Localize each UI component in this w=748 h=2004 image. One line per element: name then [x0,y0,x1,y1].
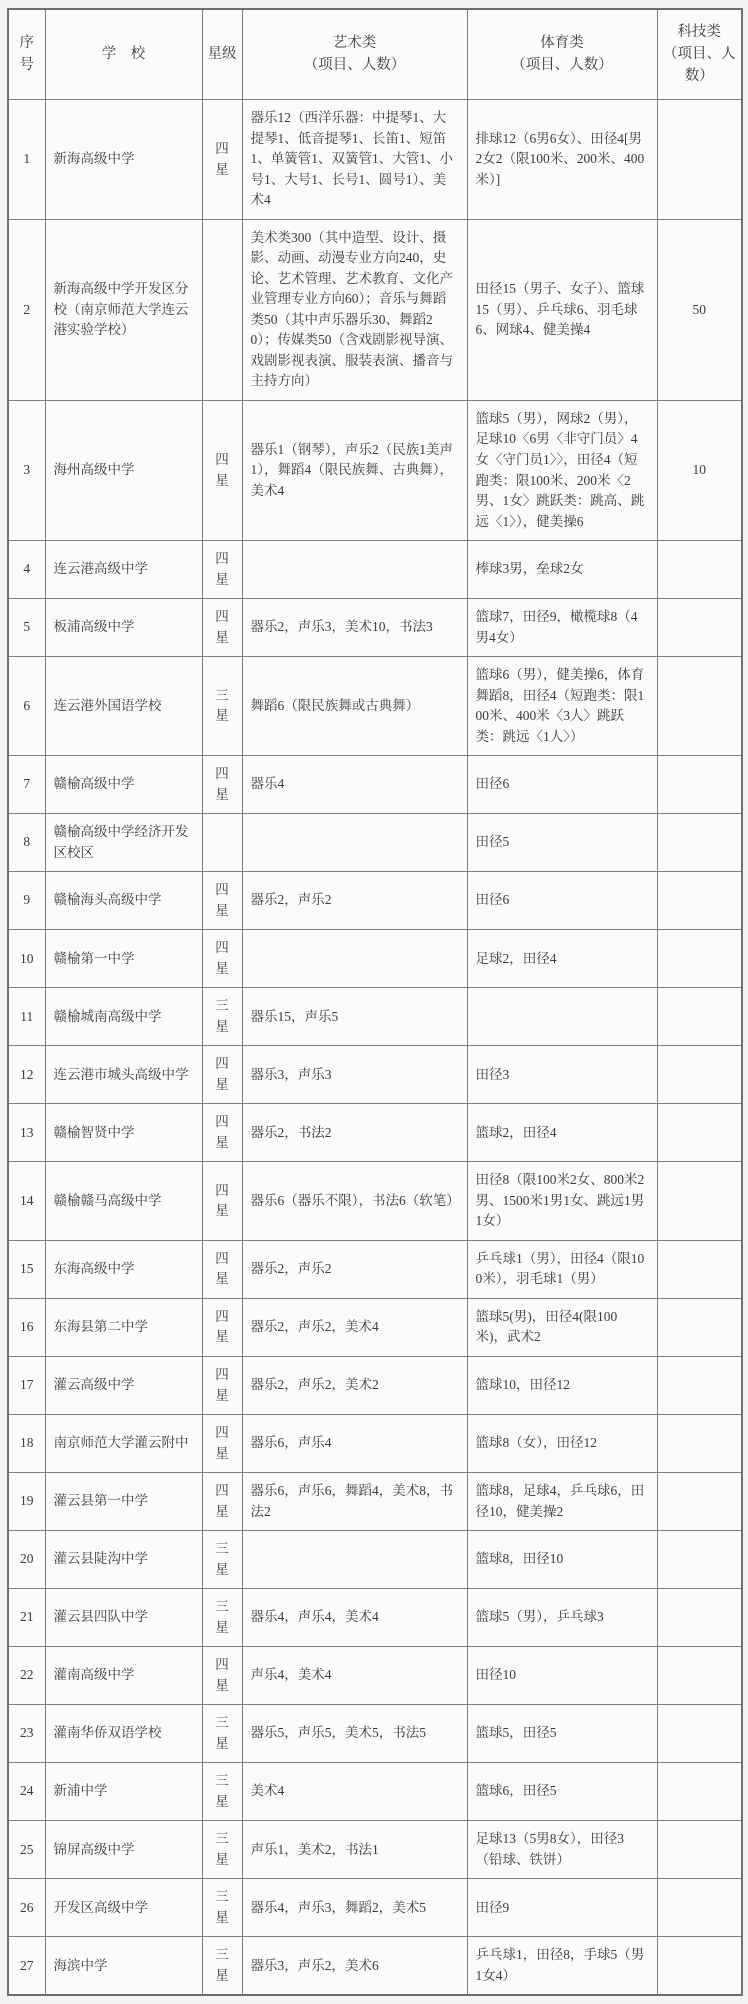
school-name-cell: 赣榆赣马高级中学 [45,1162,202,1241]
school-name-cell: 新海高级中学开发区分校（南京师范大学连云港实验学校） [45,219,202,400]
star-level-cell: 四星 [202,930,242,988]
art-category-cell: 器乐4，声乐3，舞蹈2，美术5 [242,1879,467,1937]
star-level-cell: 四星 [202,1298,242,1356]
sport-category-cell: 田径3 [467,1046,657,1104]
star-level-cell: 四星 [202,1162,242,1241]
star-level-cell [202,814,242,872]
school-name-cell: 海州高级中学 [45,400,202,540]
sport-category-cell: 田径6 [467,872,657,930]
row-number-cell: 8 [8,814,45,872]
star-level-cell: 四星 [202,100,242,220]
star-level-cell: 三星 [202,1879,242,1937]
table-row: 27 海滨中学 三星 器乐3，声乐2，美术6 乒乓球1，田径8，手球5（男1女4… [8,1937,742,1996]
star-level-cell: 三星 [202,657,242,756]
sport-category-cell: 篮球8，田径10 [467,1531,657,1589]
tech-category-cell [657,541,742,599]
table-row: 22 灌南高级中学 四星 声乐4，美术4 田径10 [8,1647,742,1705]
art-category-cell: 器乐15，声乐5 [242,988,467,1046]
tech-category-cell [657,1415,742,1473]
tech-category-cell [657,1879,742,1937]
tech-category-cell [657,599,742,657]
row-number-cell: 17 [8,1357,45,1415]
star-level-cell: 四星 [202,1104,242,1162]
row-number-cell: 6 [8,657,45,756]
document-page: 序号 学 校 星级 艺术类 （项目、人数） 体育类 （项目、人数） 科技类 （项… [0,0,748,2004]
art-category-cell: 器乐2，声乐2 [242,872,467,930]
school-name-cell: 连云港市城头高级中学 [45,1046,202,1104]
sport-category-cell: 篮球8（女），田径12 [467,1415,657,1473]
tech-category-cell [657,1705,742,1763]
tech-category-cell [657,988,742,1046]
table-row: 24 新浦中学 三星 美术4 篮球6，田径5 [8,1763,742,1821]
row-number-cell: 18 [8,1415,45,1473]
tech-category-cell [657,814,742,872]
header-art: 艺术类 （项目、人数） [242,9,467,100]
sport-category-cell: 田径9 [467,1879,657,1937]
sport-category-cell: 篮球6，田径5 [467,1763,657,1821]
star-level-cell: 三星 [202,1589,242,1647]
star-level-cell: 四星 [202,1647,242,1705]
sport-category-cell [467,988,657,1046]
row-number-cell: 16 [8,1298,45,1356]
table-row: 6 连云港外国语学校 三星 舞蹈6（限民族舞或古典舞） 篮球6（男），健美操6，… [8,657,742,756]
art-category-cell: 器乐3，声乐3 [242,1046,467,1104]
star-level-cell: 四星 [202,541,242,599]
art-category-cell [242,541,467,599]
row-number-cell: 11 [8,988,45,1046]
school-name-cell: 新浦中学 [45,1763,202,1821]
school-name-cell: 赣榆海头高级中学 [45,872,202,930]
table-row: 16 东海县第二中学 四星 器乐2，声乐2，美术4 篮球5(男)，田径4(限10… [8,1298,742,1356]
sport-category-cell: 田径5 [467,814,657,872]
art-category-cell [242,930,467,988]
school-name-cell: 赣榆高级中学经济开发区校区 [45,814,202,872]
star-level-cell: 三星 [202,1821,242,1879]
row-number-cell: 12 [8,1046,45,1104]
art-category-cell: 器乐4，声乐4，美术4 [242,1589,467,1647]
sport-category-cell: 篮球5（男），网球2（男），足球10〈6男〈非守门员〉4女〈守门员1〉〉，田径4… [467,400,657,540]
star-level-cell: 四星 [202,1357,242,1415]
school-name-cell: 海滨中学 [45,1937,202,1996]
star-level-cell: 三星 [202,1763,242,1821]
tech-category-cell [657,1240,742,1298]
star-level-cell: 三星 [202,1705,242,1763]
art-category-cell: 器乐2，书法2 [242,1104,467,1162]
table-row: 19 灌云县第一中学 四星 器乐6，声乐6，舞蹈4，美术8，书法2 篮球8，足球… [8,1473,742,1531]
school-name-cell: 赣榆智贤中学 [45,1104,202,1162]
art-category-cell: 器乐6，声乐4 [242,1415,467,1473]
header-art-title: 艺术类 [333,35,377,51]
table-row: 3 海州高级中学 四星 器乐1（钢琴），声乐2（民族1美声1），舞蹈4（限民族舞… [8,400,742,540]
star-level-cell: 四星 [202,1046,242,1104]
star-level-cell: 四星 [202,400,242,540]
row-number-cell: 5 [8,599,45,657]
sport-category-cell: 乒乓球1，田径8，手球5（男1女4） [467,1937,657,1996]
tech-category-cell [657,100,742,220]
table-row: 7 赣榆高级中学 四星 器乐4 田径6 [8,756,742,814]
art-category-cell [242,1531,467,1589]
sport-category-cell: 篮球2，田径4 [467,1104,657,1162]
star-level-cell: 四星 [202,1415,242,1473]
art-category-cell: 美术4 [242,1763,467,1821]
row-number-cell: 14 [8,1162,45,1241]
school-name-cell: 连云港外国语学校 [45,657,202,756]
art-category-cell: 器乐5，声乐5，美术5，书法5 [242,1705,467,1763]
row-number-cell: 19 [8,1473,45,1531]
row-number-cell: 24 [8,1763,45,1821]
school-name-cell: 赣榆高级中学 [45,756,202,814]
school-name-cell: 东海高级中学 [45,1240,202,1298]
art-category-cell: 器乐12（西洋乐器：中提琴1、大提琴1、低音提琴1、长笛1、短笛1、单簧管1、双… [242,100,467,220]
sport-category-cell: 足球2，田径4 [467,930,657,988]
sport-category-cell: 篮球5，田径5 [467,1705,657,1763]
tech-category-cell [657,1647,742,1705]
header-art-sub: （项目、人数） [247,55,463,77]
row-number-cell: 10 [8,930,45,988]
header-sport: 体育类 （项目、人数） [467,9,657,100]
sport-category-cell: 篮球6（男），健美操6，体育舞蹈8，田径4（短跑类：限100米、400米〈3人〉… [467,657,657,756]
school-name-cell: 南京师范大学灌云附中 [45,1415,202,1473]
tech-category-cell [657,1357,742,1415]
star-level-cell: 四星 [202,599,242,657]
star-level-cell: 三星 [202,1531,242,1589]
star-level-cell: 四星 [202,1240,242,1298]
star-level-cell: 四星 [202,1473,242,1531]
header-no: 序号 [8,9,45,100]
table-row: 21 灌云县四队中学 三星 器乐4，声乐4，美术4 篮球5（男），乒乓球3 [8,1589,742,1647]
header-tech: 科技类 （项目、人数） [657,9,742,100]
school-name-cell: 灌云县第一中学 [45,1473,202,1531]
sport-category-cell: 篮球5(男)，田径4(限100米)，武术2 [467,1298,657,1356]
art-category-cell: 声乐4，美术4 [242,1647,467,1705]
school-name-cell: 开发区高级中学 [45,1879,202,1937]
tech-category-cell [657,1589,742,1647]
tech-category-cell [657,756,742,814]
sport-category-cell: 足球13（5男8女），田径3（铅球、铁饼） [467,1821,657,1879]
art-category-cell: 舞蹈6（限民族舞或古典舞） [242,657,467,756]
art-category-cell: 器乐1（钢琴），声乐2（民族1美声1），舞蹈4（限民族舞、古典舞），美术4 [242,400,467,540]
sport-category-cell: 乒乓球1（男），田径4（限100米），羽毛球1（男） [467,1240,657,1298]
star-level-cell: 三星 [202,1937,242,1996]
row-number-cell: 21 [8,1589,45,1647]
row-number-cell: 4 [8,541,45,599]
school-name-cell: 灌云县四队中学 [45,1589,202,1647]
school-name-cell: 灌南高级中学 [45,1647,202,1705]
table-row: 20 灌云县陡沟中学 三星 篮球8，田径10 [8,1531,742,1589]
row-number-cell: 22 [8,1647,45,1705]
table-row: 12 连云港市城头高级中学 四星 器乐3，声乐3 田径3 [8,1046,742,1104]
tech-category-cell [657,1821,742,1879]
tech-category-cell [657,1531,742,1589]
table-row: 26 开发区高级中学 三星 器乐4，声乐3，舞蹈2，美术5 田径9 [8,1879,742,1937]
row-number-cell: 2 [8,219,45,400]
row-number-cell: 20 [8,1531,45,1589]
school-name-cell: 赣榆第一中学 [45,930,202,988]
school-name-cell: 灌南华侨双语学校 [45,1705,202,1763]
table-row: 10 赣榆第一中学 四星 足球2，田径4 [8,930,742,988]
sport-category-cell: 田径6 [467,756,657,814]
table-row: 15 东海高级中学 四星 器乐2，声乐2 乒乓球1（男），田径4（限100米），… [8,1240,742,1298]
school-name-cell: 东海县第二中学 [45,1298,202,1356]
tech-category-cell [657,930,742,988]
art-category-cell: 器乐6（器乐不限），书法6（软笔） [242,1162,467,1241]
header-row: 序号 学 校 星级 艺术类 （项目、人数） 体育类 （项目、人数） 科技类 （项… [8,9,742,100]
table-row: 5 板浦高级中学 四星 器乐2，声乐3，美术10，书法3 篮球7，田径9，橄榄球… [8,599,742,657]
table-row: 2 新海高级中学开发区分校（南京师范大学连云港实验学校） 美术类300（其中造型… [8,219,742,400]
sport-category-cell: 篮球10，田径12 [467,1357,657,1415]
art-category-cell: 器乐6，声乐6，舞蹈4，美术8，书法2 [242,1473,467,1531]
header-tech-title: 科技类 [678,24,722,40]
art-category-cell: 器乐2，声乐2，美术4 [242,1298,467,1356]
row-number-cell: 7 [8,756,45,814]
art-category-cell: 器乐2，声乐2，美术2 [242,1357,467,1415]
table-row: 18 南京师范大学灌云附中 四星 器乐6，声乐4 篮球8（女），田径12 [8,1415,742,1473]
table-row: 25 锦屏高级中学 三星 声乐1，美术2，书法1 足球13（5男8女），田径3（… [8,1821,742,1879]
table-row: 13 赣榆智贤中学 四星 器乐2，书法2 篮球2，田径4 [8,1104,742,1162]
row-number-cell: 25 [8,1821,45,1879]
art-category-cell: 器乐3，声乐2，美术6 [242,1937,467,1996]
row-number-cell: 13 [8,1104,45,1162]
table-row: 11 赣榆城南高级中学 三星 器乐15，声乐5 [8,988,742,1046]
table-row: 17 灌云高级中学 四星 器乐2，声乐2，美术2 篮球10，田径12 [8,1357,742,1415]
tech-category-cell [657,1937,742,1996]
art-category-cell: 美术类300（其中造型、设计、摄影、动画、动漫专业方向240，史论、艺术管理、艺… [242,219,467,400]
star-level-cell [202,219,242,400]
row-number-cell: 1 [8,100,45,220]
header-school: 学 校 [45,9,202,100]
sport-category-cell: 田径8（限100米2女、800米2男、1500米1男1女、跳远1男1女） [467,1162,657,1241]
school-name-cell: 板浦高级中学 [45,599,202,657]
school-name-cell: 连云港高级中学 [45,541,202,599]
school-name-cell: 赣榆城南高级中学 [45,988,202,1046]
row-number-cell: 27 [8,1937,45,1996]
art-category-cell: 声乐1，美术2，书法1 [242,1821,467,1879]
art-category-cell: 器乐4 [242,756,467,814]
sport-category-cell: 田径10 [467,1647,657,1705]
sport-category-cell: 篮球7，田径9，橄榄球8（4男4女） [467,599,657,657]
star-level-cell: 四星 [202,756,242,814]
row-number-cell: 26 [8,1879,45,1937]
table-row: 9 赣榆海头高级中学 四星 器乐2，声乐2 田径6 [8,872,742,930]
art-category-cell: 器乐2，声乐3，美术10，书法3 [242,599,467,657]
tech-category-cell [657,872,742,930]
school-name-cell: 灌云高级中学 [45,1357,202,1415]
tech-category-cell: 10 [657,400,742,540]
tech-category-cell [657,1473,742,1531]
sport-category-cell: 排球12（6男6女）、田径4[男2女2（限100米、200米、400米）] [467,100,657,220]
table-row: 23 灌南华侨双语学校 三星 器乐5，声乐5，美术5，书法5 篮球5，田径5 [8,1705,742,1763]
sport-category-cell: 田径15（男子、女子）、篮球15（男）、乒乓球6、羽毛球6、网球4、健美操4 [467,219,657,400]
header-sport-title: 体育类 [540,35,584,51]
school-name-cell: 新海高级中学 [45,100,202,220]
table-row: 8 赣榆高级中学经济开发区校区 田径5 [8,814,742,872]
table-row: 14 赣榆赣马高级中学 四星 器乐6（器乐不限），书法6（软笔） 田径8（限10… [8,1162,742,1241]
art-category-cell: 器乐2，声乐2 [242,1240,467,1298]
table-row: 1 新海高级中学 四星 器乐12（西洋乐器：中提琴1、大提琴1、低音提琴1、长笛… [8,100,742,220]
sport-category-cell: 篮球5（男），乒乓球3 [467,1589,657,1647]
school-name-cell: 灌云县陡沟中学 [45,1531,202,1589]
row-number-cell: 23 [8,1705,45,1763]
header-tech-sub: （项目、人数） [662,44,738,88]
star-level-cell: 三星 [202,988,242,1046]
tech-category-cell [657,1046,742,1104]
star-level-cell: 四星 [202,872,242,930]
school-name-cell: 锦屏高级中学 [45,1821,202,1879]
tech-category-cell [657,1298,742,1356]
tech-category-cell [657,657,742,756]
art-category-cell [242,814,467,872]
row-number-cell: 3 [8,400,45,540]
row-number-cell: 15 [8,1240,45,1298]
school-programs-table: 序号 学 校 星级 艺术类 （项目、人数） 体育类 （项目、人数） 科技类 （项… [7,8,743,1996]
tech-category-cell: 50 [657,219,742,400]
row-number-cell: 9 [8,872,45,930]
tech-category-cell [657,1162,742,1241]
sport-category-cell: 棒球3男，垒球2女 [467,541,657,599]
tech-category-cell [657,1104,742,1162]
table-row: 4 连云港高级中学 四星 棒球3男，垒球2女 [8,541,742,599]
sport-category-cell: 篮球8，足球4，乒乓球6，田径10，健美操2 [467,1473,657,1531]
header-star: 星级 [202,9,242,100]
tech-category-cell [657,1763,742,1821]
header-sport-sub: （项目、人数） [472,55,653,77]
